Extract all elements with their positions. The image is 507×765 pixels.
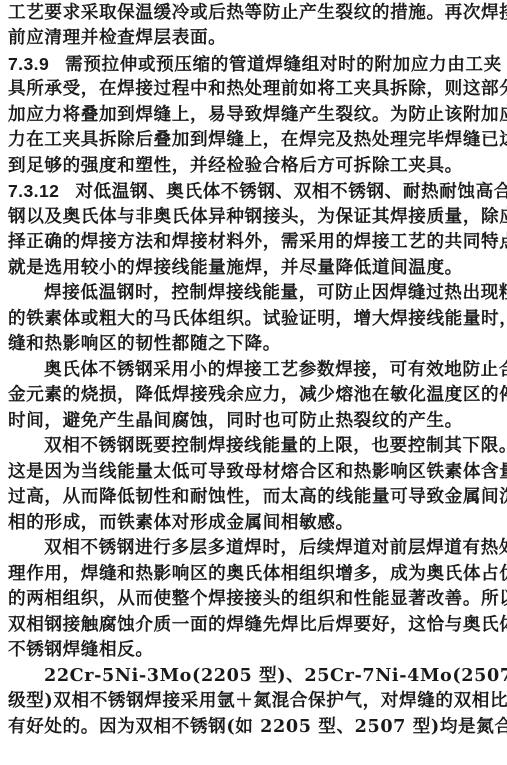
line-text: 择正确的焊接方法和焊接材料外，需采用的焊接工艺的共同特点 <box>8 231 507 252</box>
section-heading-line: 7.3.9需预拉伸或预压缩的管道焊缝组对时的附加应力由工夹 <box>8 53 501 77</box>
text-line: 缝和热影响区的韧性都随之下降。 <box>8 333 501 357</box>
line-text: 级型)双相不锈钢焊接采用氩＋氮混合保护气，对焊缝的双相比是 <box>8 690 507 711</box>
text-line: 的两相组织，从而使整个焊接接头的组织和性能显著改善。所以 <box>8 588 501 612</box>
line-text: 的铁素体或粗大的马氏体组织。试验证明，增大焊接线能量时，焊 <box>8 308 507 329</box>
text-line: 力在工夹具拆除后叠加到焊缝上，在焊完及热处理完毕焊缝已达 <box>8 129 501 153</box>
section-number: 7.3.12 <box>8 181 59 201</box>
text-line: 加应力将叠加到焊缝上，易导致焊缝产生裂纹。为防止该附加应 <box>8 104 501 128</box>
text-line: 就是选用较小的焊接线能量施焊，并尽量降低道间温度。 <box>8 257 501 281</box>
text-line: 这是因为当线能量太低可导致母材熔合区和热影响区铁素体含量 <box>8 461 501 485</box>
line-text: 缝和热影响区的韧性都随之下降。 <box>8 333 281 354</box>
line-text: 理作用，焊缝和热影响区的奥氏体相组织增多，成为奥氏体占优势 <box>8 563 507 584</box>
text-line: 过高，从而降低韧性和耐蚀性，而太高的线能量可导致金属间沉淀 <box>8 486 501 510</box>
line-text: 就是选用较小的焊接线能量施焊，并尽量降低道间温度。 <box>8 257 463 278</box>
line-text: 有好处的。因为双相不锈钢(如 2205 型、2507 型)均是氮合金化 <box>8 716 507 737</box>
line-text: 加应力将叠加到焊缝上，易导致焊缝产生裂纹。为防止该附加应 <box>8 104 507 125</box>
line-text: 工艺要求采取保温缓冷或后热等防止产生裂纹的措施。再次焊接 <box>8 2 507 23</box>
text-line: 前应清理并检查焊层表面。 <box>8 27 501 51</box>
text-line: 时间，避免产生晶间腐蚀，同时也可防止热裂纹的产生。 <box>8 410 501 434</box>
section-number: 7.3.9 <box>8 54 49 74</box>
text-line: 具所承受，在焊接过程中和热处理前如将工夹具拆除，则这部分附 <box>8 78 501 102</box>
text-line: 择正确的焊接方法和焊接材料外，需采用的焊接工艺的共同特点 <box>8 231 501 255</box>
text-line: 钢以及奥氏体与非奥氏体异种钢接头，为保证其焊接质量，除应选 <box>8 206 501 230</box>
line-text: 双相钢接触腐蚀介质一面的焊缝先焊比后焊要好，这恰与奥氏体 <box>8 614 507 635</box>
text-line: 双相不锈钢进行多层多道焊时，后续焊道对前层焊道有热处 <box>44 537 501 561</box>
text-line: 的铁素体或粗大的马氏体组织。试验证明，增大焊接线能量时，焊 <box>8 308 501 332</box>
text-line: 焊接低温钢时，控制焊接线能量，可防止因焊缝过热出现粗大 <box>44 282 501 306</box>
line-text: 对低温钢、奥氏体不锈钢、双相不锈钢、耐热耐蚀高合金 <box>75 181 507 202</box>
text-line: 双相钢接触腐蚀介质一面的焊缝先焊比后焊要好，这恰与奥氏体 <box>8 614 501 638</box>
line-text: 22Cr-5Ni-3Mo(2205 型)、25Cr-7Ni-4Mo(2507 普… <box>44 665 507 686</box>
text-line: 有好处的。因为双相不锈钢(如 2205 型、2507 型)均是氮合金化 <box>8 716 501 740</box>
line-text: 的两相组织，从而使整个焊接接头的组织和性能显著改善。所以 <box>8 588 507 609</box>
line-text: 焊接低温钢时，控制焊接线能量，可防止因焊缝过热出现粗大 <box>44 282 507 303</box>
text-line: 级型)双相不锈钢焊接采用氩＋氮混合保护气，对焊缝的双相比是 <box>8 690 501 714</box>
text-line: 金元素的烧损，降低焊接残余应力，减少熔池在敏化温度区的停留 <box>8 384 501 408</box>
line-text: 钢以及奥氏体与非奥氏体异种钢接头，为保证其焊接质量，除应选 <box>8 206 507 227</box>
document-page: 工艺要求采取保温缓冷或后热等防止产生裂纹的措施。再次焊接前应清理并检查焊层表面。… <box>0 0 507 765</box>
section-heading-line: 7.3.12对低温钢、奥氏体不锈钢、双相不锈钢、耐热耐蚀高合金 <box>8 180 501 204</box>
line-text: 具所承受，在焊接过程中和热处理前如将工夹具拆除，则这部分附 <box>8 78 507 99</box>
text-line: 工艺要求采取保温缓冷或后热等防止产生裂纹的措施。再次焊接 <box>8 2 501 26</box>
line-text: 双相不锈钢进行多层多道焊时，后续焊道对前层焊道有热处 <box>44 537 507 558</box>
text-line: 奥氏体不锈钢采用小的焊接工艺参数焊接，可有效地防止合 <box>44 359 501 383</box>
text-line: 不锈钢焊缝相反。 <box>8 639 501 663</box>
line-text: 奥氏体不锈钢采用小的焊接工艺参数焊接，可有效地防止合 <box>44 359 507 380</box>
line-text: 双相不锈钢既要控制焊接线能量的上限，也要控制其下限。 <box>44 435 507 456</box>
line-text: 金元素的烧损，降低焊接残余应力，减少熔池在敏化温度区的停留 <box>8 384 507 405</box>
line-text: 相的形成，而铁素体对形成金属间相敏感。 <box>8 512 354 533</box>
text-line: 相的形成，而铁素体对形成金属间相敏感。 <box>8 512 501 536</box>
line-text: 前应清理并检查焊层表面。 <box>8 27 226 48</box>
line-text: 力在工夹具拆除后叠加到焊缝上，在焊完及热处理完毕焊缝已达 <box>8 129 507 150</box>
line-text: 时间，避免产生晶间腐蚀，同时也可防止热裂纹的产生。 <box>8 410 463 431</box>
line-text: 这是因为当线能量太低可导致母材熔合区和热影响区铁素体含量 <box>8 461 507 482</box>
text-line: 22Cr-5Ni-3Mo(2205 型)、25Cr-7Ni-4Mo(2507 普… <box>44 665 501 689</box>
line-text: 到足够的强度和塑性，并经检验合格后方可拆除工夹具。 <box>8 155 463 176</box>
text-line: 到足够的强度和塑性，并经检验合格后方可拆除工夹具。 <box>8 155 501 179</box>
line-text: 过高，从而降低韧性和耐蚀性，而太高的线能量可导致金属间沉淀 <box>8 486 507 507</box>
line-text: 需预拉伸或预压缩的管道焊缝组对时的附加应力由工夹 <box>65 54 502 75</box>
line-text: 不锈钢焊缝相反。 <box>8 639 154 660</box>
text-line: 双相不锈钢既要控制焊接线能量的上限，也要控制其下限。 <box>44 435 501 459</box>
text-line: 理作用，焊缝和热影响区的奥氏体相组织增多，成为奥氏体占优势 <box>8 563 501 587</box>
